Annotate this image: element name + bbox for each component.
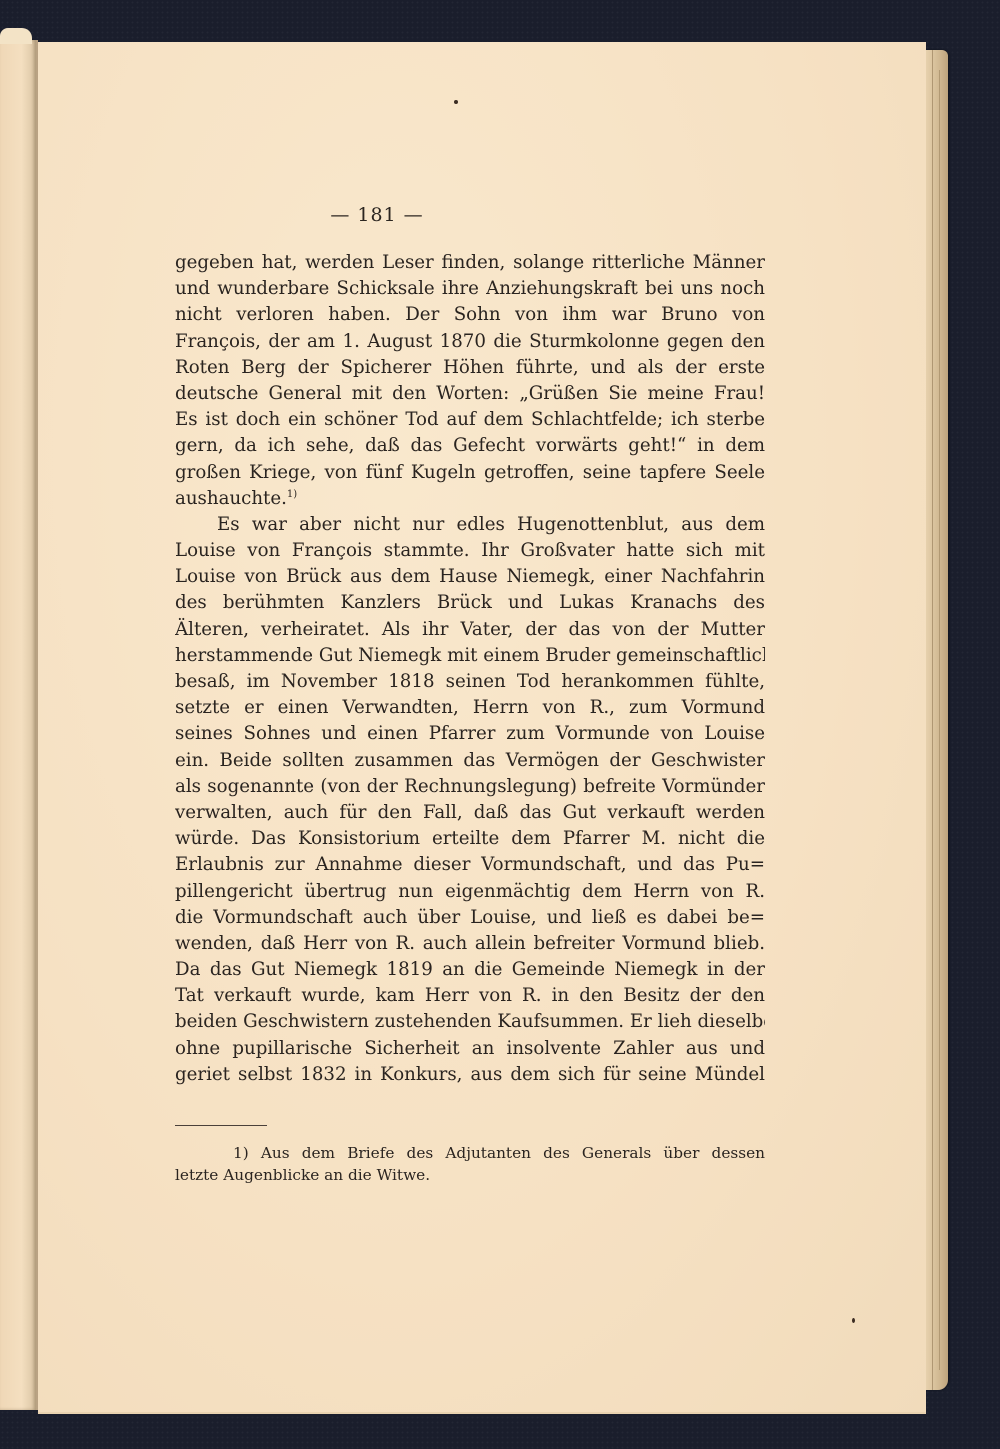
text-line: des berühmten Kanzlers Brück und Lukas K… [175, 590, 765, 616]
text-line: verwalten, auch für den Fall, daß das Gu… [175, 800, 765, 826]
text-line: Erlaubnis zur Annahme dieser Vormundscha… [175, 852, 765, 878]
paragraph-start-line: Es war aber nicht nur edles Hugenottenbl… [175, 512, 765, 538]
footnote-line: letzte Augenblicke an die Witwe. [175, 1164, 765, 1186]
text-line: ein. Beide sollten zusammen das Vermögen… [175, 748, 765, 774]
text-line: seines Sohnes und einen Pfarrer zum Vorm… [175, 721, 765, 747]
text-line: Louise von François stammte. Ihr Großvat… [175, 538, 765, 564]
page-number: — 181 — [0, 204, 821, 226]
text-line: Älteren, verheiratet. Als ihr Vater, der… [175, 617, 765, 643]
paragraph-end-line: aushauchte.1) [175, 486, 765, 512]
body-text: gegeben hat, werden Leser finden, solang… [175, 250, 765, 1088]
page-stack-edge [926, 50, 948, 1390]
footnote-reference[interactable]: 1) [287, 489, 297, 500]
text-line: Roten Berg der Spicherer Höhen führte, u… [175, 355, 765, 381]
text-line: gegeben hat, werden Leser finden, solang… [175, 250, 765, 276]
text-line: beiden Geschwistern zustehenden Kaufsumm… [175, 1009, 765, 1035]
text-line: würde. Das Konsistorium erteilte dem Pfa… [175, 826, 765, 852]
text-line: Da das Gut Niemegk 1819 an die Gemeinde … [175, 957, 765, 983]
text-line: und wunderbare Schicksale ihre Anziehung… [175, 276, 765, 302]
book-page: — 181 — gegeben hat, werden Leser finden… [38, 42, 926, 1412]
previous-page-edge [0, 40, 38, 1410]
text-line: gern, da ich sehe, daß das Gefecht vorwä… [175, 433, 765, 459]
text-line: setzte er einen Verwandten, Herrn von R.… [175, 695, 765, 721]
text-line: herstammende Gut Niemegk mit einem Brude… [175, 643, 765, 669]
text-line: wenden, daß Herr von R. auch allein befr… [175, 931, 765, 957]
text-line: aushauchte. [175, 488, 287, 509]
text-line: pillengericht übertrug nun eigenmächtig … [175, 879, 765, 905]
text-line: Tat verkauft wurde, kam Herr von R. in d… [175, 983, 765, 1009]
text-line: die Vormundschaft auch über Louise, und … [175, 905, 765, 931]
text-line: großen Kriege, von fünf Kugeln getroffen… [175, 460, 765, 486]
page-corner-tab [0, 28, 32, 44]
text-line: nicht verloren haben. Der Sohn von ihm w… [175, 302, 765, 328]
footnote-divider [175, 1125, 267, 1126]
text-line: Louise von Brück aus dem Hause Niemegk, … [175, 564, 765, 590]
footnote: 1) Aus dem Briefe des Adjutanten des Gen… [175, 1142, 765, 1186]
ink-speck [454, 100, 458, 104]
text-line: deutsche General mit den Worten: „Grüßen… [175, 381, 765, 407]
text-line: ohne pupillarische Sicherheit an insolve… [175, 1036, 765, 1062]
ink-speck [852, 1318, 855, 1323]
text-line: besaß, im November 1818 seinen Tod heran… [175, 669, 765, 695]
text-line: François, der am 1. August 1870 die Stur… [175, 329, 765, 355]
text-line: als sogenannte (von der Rechnungslegung)… [175, 774, 765, 800]
text-line: geriet selbst 1832 in Konkurs, aus dem s… [175, 1062, 765, 1088]
text-line: Es ist doch ein schöner Tod auf dem Schl… [175, 407, 765, 433]
footnote-line: 1) Aus dem Briefe des Adjutanten des Gen… [175, 1142, 765, 1164]
